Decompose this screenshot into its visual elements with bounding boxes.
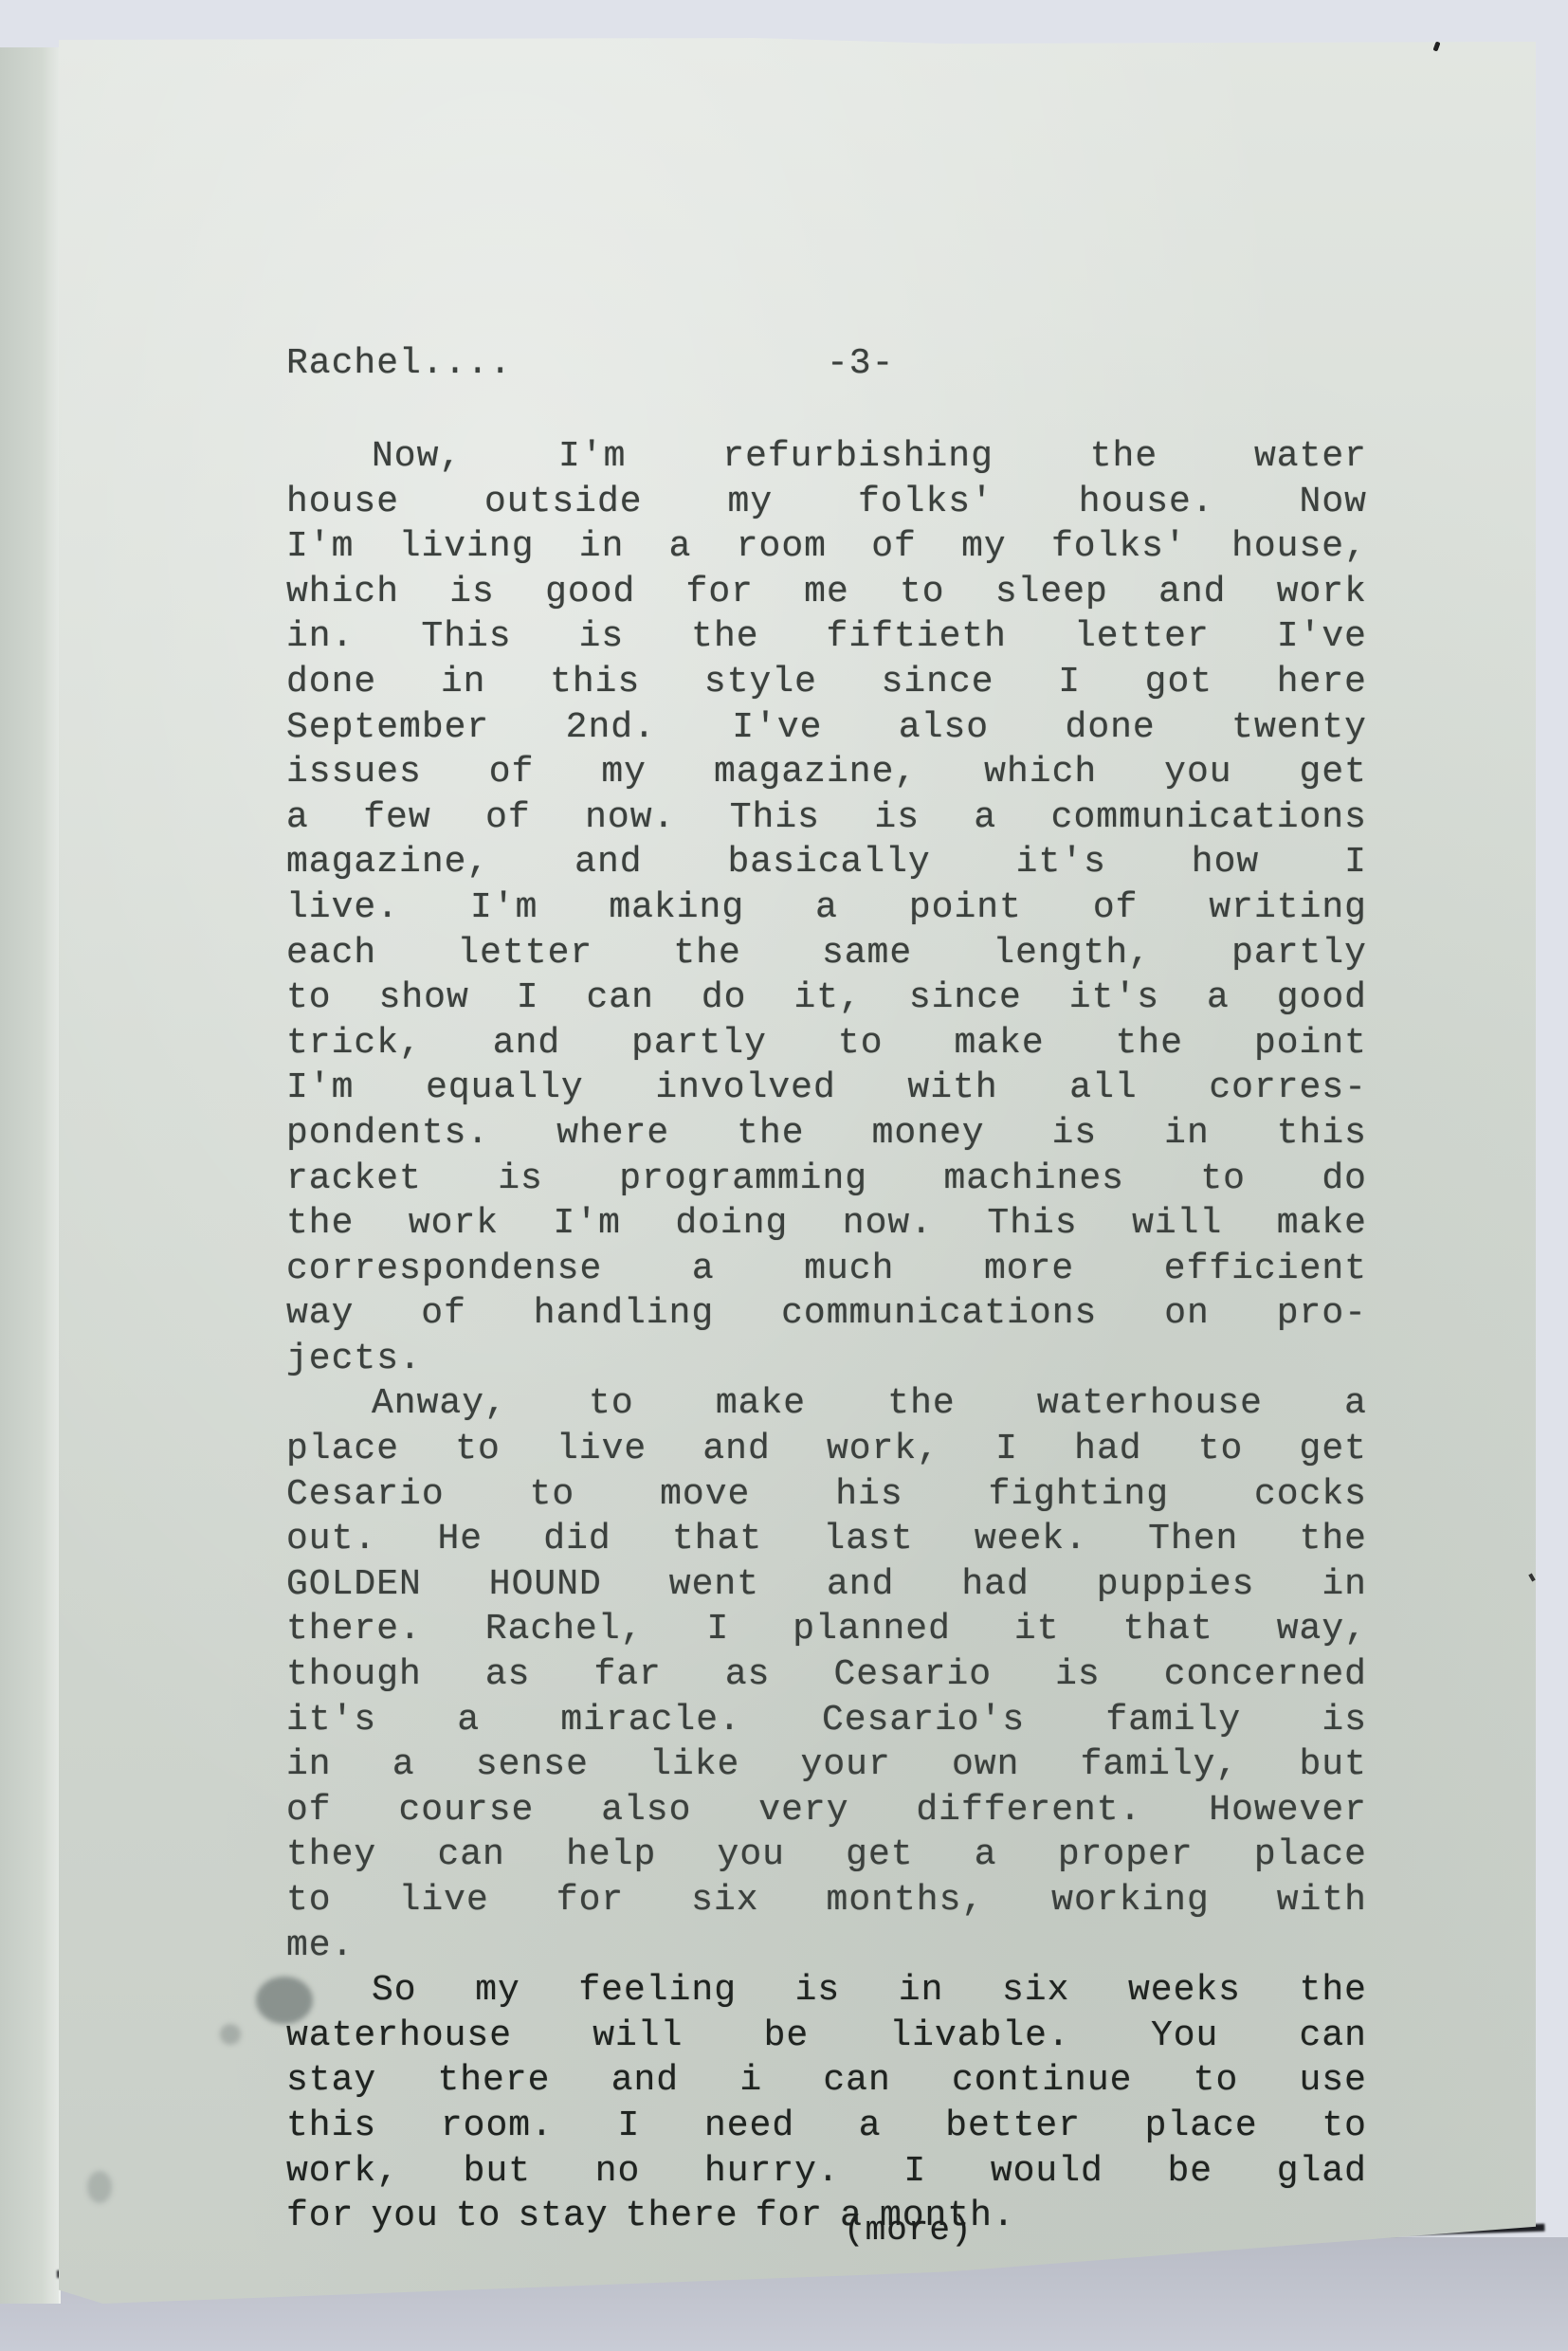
word: to <box>456 2194 501 2239</box>
word: and <box>702 1427 770 1472</box>
word: for <box>286 2194 354 2239</box>
text-line: it'samiracle.Cesario'sfamilyis <box>286 1698 1367 1743</box>
word: now. <box>843 1201 933 1247</box>
word: done <box>1066 705 1156 751</box>
word: folks' <box>858 480 994 525</box>
letter-header: Rachel.... -3- <box>286 343 1367 391</box>
word: house <box>286 480 399 525</box>
word: I <box>903 2149 926 2195</box>
word: family <box>1105 1698 1241 1743</box>
ink-blot <box>87 2171 112 2203</box>
word: and <box>827 1562 894 1608</box>
word: corres- <box>1209 1066 1367 1111</box>
word: done <box>286 660 376 705</box>
text-line: ofcoursealsoverydifferent.However <box>286 1788 1367 1833</box>
text-line: I'mequallyinvolvedwithallcorres- <box>286 1066 1367 1111</box>
text-line: eachletterthesamelength,partly <box>286 931 1367 976</box>
word: house, <box>1231 524 1367 570</box>
word: is <box>1052 1111 1098 1157</box>
word: Anway, <box>372 1381 507 1427</box>
word: did <box>543 1517 611 1562</box>
word: continue <box>952 2058 1132 2104</box>
word: work <box>409 1201 499 1247</box>
word: waterhouse <box>1037 1381 1263 1427</box>
word: of <box>485 795 531 841</box>
word: money <box>872 1111 985 1157</box>
word: you <box>1164 750 1231 795</box>
word: proper <box>1058 1832 1194 1878</box>
word: it's <box>1016 840 1106 885</box>
word: to <box>1200 1157 1246 1202</box>
word: since <box>909 975 1022 1021</box>
word: I <box>517 975 539 1021</box>
word: here <box>1277 660 1367 705</box>
text-line: I'mlivinginaroomofmyfolks'house, <box>286 524 1367 570</box>
word: your <box>801 1742 891 1788</box>
word: a <box>815 885 838 931</box>
word: work <box>1277 570 1367 615</box>
word: each <box>286 931 376 976</box>
word: and <box>574 840 642 885</box>
word: and <box>611 2058 679 2104</box>
word: months, <box>827 1878 985 1923</box>
word: be <box>764 2014 810 2059</box>
word: Cesario <box>286 1472 445 1518</box>
word: is <box>498 1157 543 1202</box>
word: got <box>1145 660 1212 705</box>
word: communications <box>781 1291 1097 1337</box>
word: fighting <box>989 1472 1169 1518</box>
word: like <box>649 1742 739 1788</box>
word: they <box>286 1832 376 1878</box>
word: a <box>692 1247 715 1292</box>
text-line: placetoliveandwork,Ihadtoget <box>286 1427 1367 1472</box>
word: get <box>1300 1427 1367 1472</box>
word: I'm <box>286 1066 354 1111</box>
word: good <box>1277 975 1367 1021</box>
word: live <box>556 1427 647 1472</box>
word: in <box>899 1968 944 2014</box>
word: there <box>626 2194 738 2239</box>
word: partly <box>631 1021 767 1066</box>
word: my <box>601 750 647 795</box>
word: working <box>1051 1878 1210 1923</box>
word: last <box>823 1517 913 1562</box>
word: Then <box>1148 1517 1238 1562</box>
word: work, <box>827 1427 939 1472</box>
word: also <box>899 705 989 751</box>
word: the <box>286 1201 354 1247</box>
word: you <box>718 1832 785 1878</box>
word: and <box>493 1021 560 1066</box>
word: which <box>286 570 399 615</box>
word: my <box>728 480 774 525</box>
word: my <box>961 524 1007 570</box>
text-line: trick,andpartlytomakethepoint <box>286 1021 1367 1066</box>
word: do <box>702 975 747 1021</box>
word: me. <box>286 1923 354 1969</box>
word: to <box>1198 1427 1244 1472</box>
word: to <box>286 975 332 1021</box>
word: work, <box>286 2149 399 2195</box>
word: would <box>991 2149 1103 2195</box>
word: September <box>286 705 489 751</box>
word: a <box>669 524 692 570</box>
word: HOUND <box>489 1562 602 1608</box>
word: I'm <box>286 524 354 570</box>
word: his <box>835 1472 903 1518</box>
word: puppies <box>1097 1562 1255 1608</box>
word: much <box>804 1247 894 1292</box>
word: had <box>961 1562 1029 1608</box>
word: length, <box>993 931 1151 976</box>
word: water <box>1254 434 1367 480</box>
text-line: afewofnow.Thisisacommunications <box>286 795 1367 841</box>
word: feeling <box>578 1968 737 2014</box>
text-line: September2nd.I'vealsodonetwenty <box>286 705 1367 751</box>
word: that <box>672 1517 762 1562</box>
word: is <box>874 795 920 841</box>
word: sense <box>476 1742 589 1788</box>
text-line: jects. <box>286 1337 1367 1382</box>
word: living <box>399 524 535 570</box>
word: make <box>954 1021 1044 1066</box>
word: get <box>1300 750 1367 795</box>
word: outside <box>484 480 643 525</box>
word: jects. <box>286 1337 422 1382</box>
page-number: -3- <box>827 343 894 384</box>
word: the <box>673 931 740 976</box>
word: 2nd. <box>566 705 656 751</box>
word: of <box>421 1291 466 1337</box>
word: programming <box>619 1157 867 1202</box>
adjacent-page-edge <box>0 47 61 2304</box>
word: with <box>1277 1878 1367 1923</box>
word: of <box>489 750 535 795</box>
word: is <box>449 570 495 615</box>
word: there <box>437 2058 550 2104</box>
word: six <box>691 1878 758 1923</box>
word: However <box>1209 1788 1367 1833</box>
word: a <box>859 2104 882 2149</box>
word: way <box>286 1291 354 1337</box>
word: few <box>363 795 430 841</box>
word: the <box>1090 434 1158 480</box>
word: this <box>1277 1111 1367 1157</box>
text-line: Somyfeelingisinsixweeksthe <box>286 1968 1367 2014</box>
word: of <box>286 1788 332 1833</box>
word: issues <box>286 750 422 795</box>
word: pondents. <box>286 1111 489 1157</box>
word: now. <box>585 795 675 841</box>
word: how <box>1192 840 1259 885</box>
word: place <box>1145 2104 1258 2149</box>
word: racket <box>286 1157 422 1202</box>
text-line: out.Hedidthatlastweek.Thenthe <box>286 1517 1367 1562</box>
word: this <box>286 2104 376 2149</box>
word: room. <box>441 2104 554 2149</box>
word: get <box>846 1832 913 1878</box>
word: very <box>758 1788 848 1833</box>
word: I <box>706 1607 729 1652</box>
word: in <box>1164 1111 1210 1157</box>
word: to <box>589 1381 634 1427</box>
word: the <box>691 614 758 660</box>
word: the <box>1116 1021 1183 1066</box>
word: the <box>887 1381 955 1427</box>
word: a <box>974 795 996 841</box>
word: communications <box>1051 795 1367 841</box>
word: help <box>566 1832 656 1878</box>
word: in <box>1322 1562 1367 1608</box>
word: in. <box>286 614 354 660</box>
word: a <box>1207 975 1230 1021</box>
word: all <box>1069 1066 1137 1111</box>
word: house. <box>1079 480 1214 525</box>
word: GOLDEN <box>286 1562 422 1608</box>
word: I <box>1344 840 1367 885</box>
word: You <box>1151 2014 1218 2059</box>
text-line: inasenselikeyourownfamily,but <box>286 1742 1367 1788</box>
word: handling <box>534 1291 714 1337</box>
word: machines <box>944 1157 1124 1202</box>
word: to <box>530 1472 575 1518</box>
word: to <box>1194 2058 1239 2104</box>
word: better <box>945 2104 1081 2149</box>
text-line: thoughasfarasCesarioisconcerned <box>286 1652 1367 1698</box>
text-line: work,butnohurry.Iwouldbeglad <box>286 2149 1367 2195</box>
word: and <box>1158 570 1226 615</box>
word: twenty <box>1231 705 1367 751</box>
word: magazine, <box>286 840 489 885</box>
text-line: magazine,andbasicallyit'showI <box>286 840 1367 885</box>
word: had <box>1074 1427 1141 1472</box>
word: room <box>737 524 827 570</box>
word: in <box>286 1742 332 1788</box>
word: way, <box>1277 1607 1367 1652</box>
word: to <box>900 570 945 615</box>
word: stay <box>286 2058 376 2104</box>
word: will <box>593 2014 683 2059</box>
word: trick, <box>286 1021 422 1066</box>
text-line: houseoutsidemyfolks'house.Now <box>286 480 1367 525</box>
word: where <box>556 1111 669 1157</box>
text-line: waterhousewillbelivable.Youcan <box>286 2014 1367 2059</box>
word: a <box>457 1698 480 1743</box>
word: is <box>1055 1652 1101 1698</box>
word: make <box>716 1381 806 1427</box>
word: this <box>550 660 640 705</box>
text-line: live.I'mmakingapointofwriting <box>286 885 1367 931</box>
word: equally <box>426 1066 584 1111</box>
word: I <box>618 2104 641 2149</box>
word: which <box>984 750 1097 795</box>
text-line: in.ThisisthefiftiethletterI've <box>286 614 1367 660</box>
word: can <box>823 2058 890 2104</box>
text-line: there.Rachel,Iplanneditthatway, <box>286 1607 1367 1652</box>
word: This <box>987 1201 1077 1247</box>
word: I <box>995 1427 1018 1472</box>
word: same <box>822 931 912 976</box>
word: correspondense <box>286 1247 602 1292</box>
text-line: correspondenseamuchmoreefficient <box>286 1247 1367 1292</box>
word: six <box>1002 1968 1069 2014</box>
word: it, <box>793 975 861 1021</box>
word: to <box>286 1878 332 1923</box>
text-line: toliveforsixmonths,workingwith <box>286 1878 1367 1923</box>
word: livable. <box>889 2014 1069 2059</box>
word: a <box>286 795 309 841</box>
word: pro- <box>1277 1291 1367 1337</box>
text-line: racketisprogrammingmachinestodo <box>286 1157 1367 1202</box>
text-line: Cesariotomovehisfightingcocks <box>286 1472 1367 1518</box>
word: is <box>795 1968 841 2014</box>
word: is <box>1322 1698 1367 1743</box>
word: involved <box>655 1066 835 1111</box>
continuation-marker: (more) <box>844 2211 1568 2250</box>
word: as <box>485 1652 531 1698</box>
text-line: wayofhandlingcommunicationsonpro- <box>286 1291 1367 1337</box>
word: more <box>984 1247 1074 1292</box>
word: good <box>545 570 635 615</box>
word: can <box>587 975 654 1021</box>
word: it's <box>1069 975 1159 1021</box>
word: Now <box>1300 480 1367 525</box>
word: with <box>907 1066 997 1111</box>
word: for <box>686 570 754 615</box>
word: efficient <box>1164 1247 1367 1292</box>
word: He <box>437 1517 483 1562</box>
word: need <box>704 2104 794 2149</box>
text-line: Anway,tomakethewaterhousea <box>286 1381 1367 1427</box>
word: there. <box>286 1607 422 1652</box>
word: be <box>1167 2149 1212 2195</box>
word: miracle. <box>560 1698 740 1743</box>
word: own <box>952 1742 1019 1788</box>
word: I've <box>1277 614 1367 660</box>
text-line: pondents.wherethemoneyisinthis <box>286 1111 1367 1157</box>
word: to <box>838 1021 884 1066</box>
word: i <box>739 2058 762 2104</box>
word: the <box>737 1111 804 1157</box>
word: This <box>730 795 820 841</box>
word: stay <box>518 2194 608 2239</box>
word: I <box>1058 660 1081 705</box>
word: waterhouse <box>286 2014 512 2059</box>
word: different. <box>916 1788 1141 1833</box>
letter-body: Now,I'mrefurbishingthewaterhouseoutsidem… <box>286 434 1367 2239</box>
word: a <box>1344 1381 1367 1427</box>
word: you <box>371 2194 438 2239</box>
word: to <box>1322 2104 1367 2149</box>
word: writing <box>1209 885 1367 931</box>
addressee: Rachel.... <box>286 343 512 384</box>
word: live. <box>286 885 399 931</box>
word: cocks <box>1254 1472 1367 1518</box>
word: letter <box>457 931 593 976</box>
word: place <box>286 1427 399 1472</box>
word: Now, <box>372 434 462 480</box>
word: use <box>1299 2058 1366 2104</box>
word: for <box>756 2194 823 2239</box>
text-line: whichisgoodformetosleepandwork <box>286 570 1367 615</box>
word: doing <box>675 1201 788 1247</box>
word: a <box>975 1832 997 1878</box>
word: fiftieth <box>827 614 1007 660</box>
word: is <box>579 614 625 660</box>
word: do <box>1322 1157 1367 1202</box>
word: sleep <box>995 570 1108 615</box>
word: on <box>1164 1291 1210 1337</box>
word: I've <box>732 705 822 751</box>
ink-blot <box>220 2024 241 2045</box>
word: Cesario's <box>822 1698 1025 1743</box>
word: making <box>609 885 744 931</box>
word: family, <box>1081 1742 1239 1788</box>
word: the <box>1300 1517 1367 1562</box>
word: to <box>455 1427 501 1472</box>
word: planned <box>793 1607 951 1652</box>
word: in <box>441 660 486 705</box>
word: of <box>871 524 917 570</box>
text-line: issuesofmymagazine,whichyouget <box>286 750 1367 795</box>
word: live <box>399 1878 489 1923</box>
word: folks' <box>1051 524 1187 570</box>
text-line: theycanhelpyougetaproperplace <box>286 1832 1367 1878</box>
word: me <box>804 570 849 615</box>
word: move <box>660 1472 750 1518</box>
word: point <box>909 885 1022 931</box>
word: it's <box>286 1698 376 1743</box>
word: but <box>1299 1742 1366 1788</box>
text-line: toshowIcandoit,sinceit'sagood <box>286 975 1367 1021</box>
word: that <box>1123 1607 1213 1652</box>
text-line: me. <box>286 1923 1367 1969</box>
word: I'm <box>470 885 538 931</box>
word: Rachel, <box>485 1607 644 1652</box>
word: So <box>372 1968 417 2014</box>
word: partly <box>1231 931 1367 976</box>
text-line: theworkI'mdoingnow.Thiswillmake <box>286 1201 1367 1247</box>
text-line: doneinthisstylesinceIgothere <box>286 660 1367 705</box>
word: course <box>398 1788 534 1833</box>
word: glad <box>1277 2149 1367 2195</box>
text-line: GOLDENHOUNDwentandhadpuppiesin <box>286 1562 1367 1608</box>
word: it <box>1014 1607 1060 1652</box>
word: style <box>704 660 817 705</box>
word: show <box>379 975 469 1021</box>
word: make <box>1277 1201 1367 1247</box>
word: concerned <box>1164 1652 1367 1698</box>
word: went <box>669 1562 759 1608</box>
word: I'm <box>558 434 626 480</box>
word: as <box>725 1652 771 1698</box>
word: will <box>1132 1201 1222 1247</box>
word: since <box>882 660 994 705</box>
word: I'm <box>553 1201 620 1247</box>
word: place <box>1254 1832 1367 1878</box>
word: letter <box>1074 614 1210 660</box>
word: basically <box>728 840 931 885</box>
word: week. <box>975 1517 1087 1562</box>
word: magazine, <box>714 750 917 795</box>
text-line: staythereandicancontinuetouse <box>286 2058 1367 2104</box>
word: Cesario <box>833 1652 992 1698</box>
word: though <box>286 1652 422 1698</box>
word: my <box>475 1968 520 2014</box>
word: of <box>1093 885 1139 931</box>
word: for <box>556 1878 624 1923</box>
